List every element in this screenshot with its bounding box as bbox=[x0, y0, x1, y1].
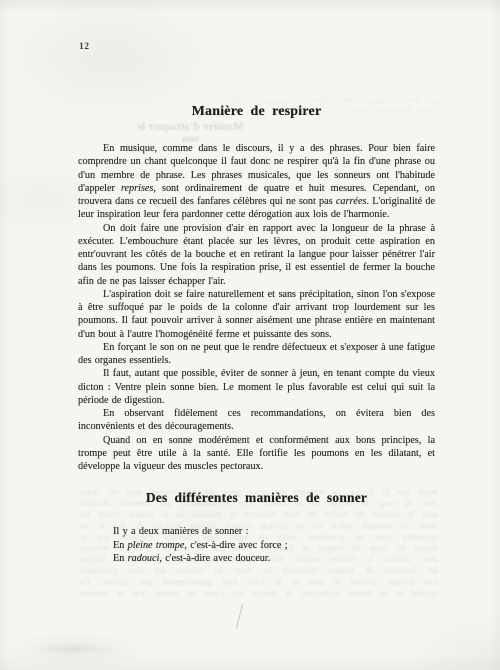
bottom-left-smudge bbox=[28, 644, 120, 654]
section-heading-respirer: Manière de respirer bbox=[78, 104, 435, 120]
book-page-scan: pour obtenir la langue contre les dents … bbox=[0, 0, 500, 670]
text-column: Manière de respirer En musique, comme da… bbox=[78, 104, 435, 566]
section-heading-manieres-de-sonner: Des différentes manières de sonner bbox=[78, 490, 435, 506]
page-number: 12 bbox=[79, 42, 90, 52]
section-body-manieres-de-sonner: Il y a deux manières de sonner :En plein… bbox=[78, 525, 435, 566]
hair-scratch-mark bbox=[236, 603, 244, 629]
section-body-respirer: En musique, comme dans le discours, il y… bbox=[78, 142, 435, 473]
